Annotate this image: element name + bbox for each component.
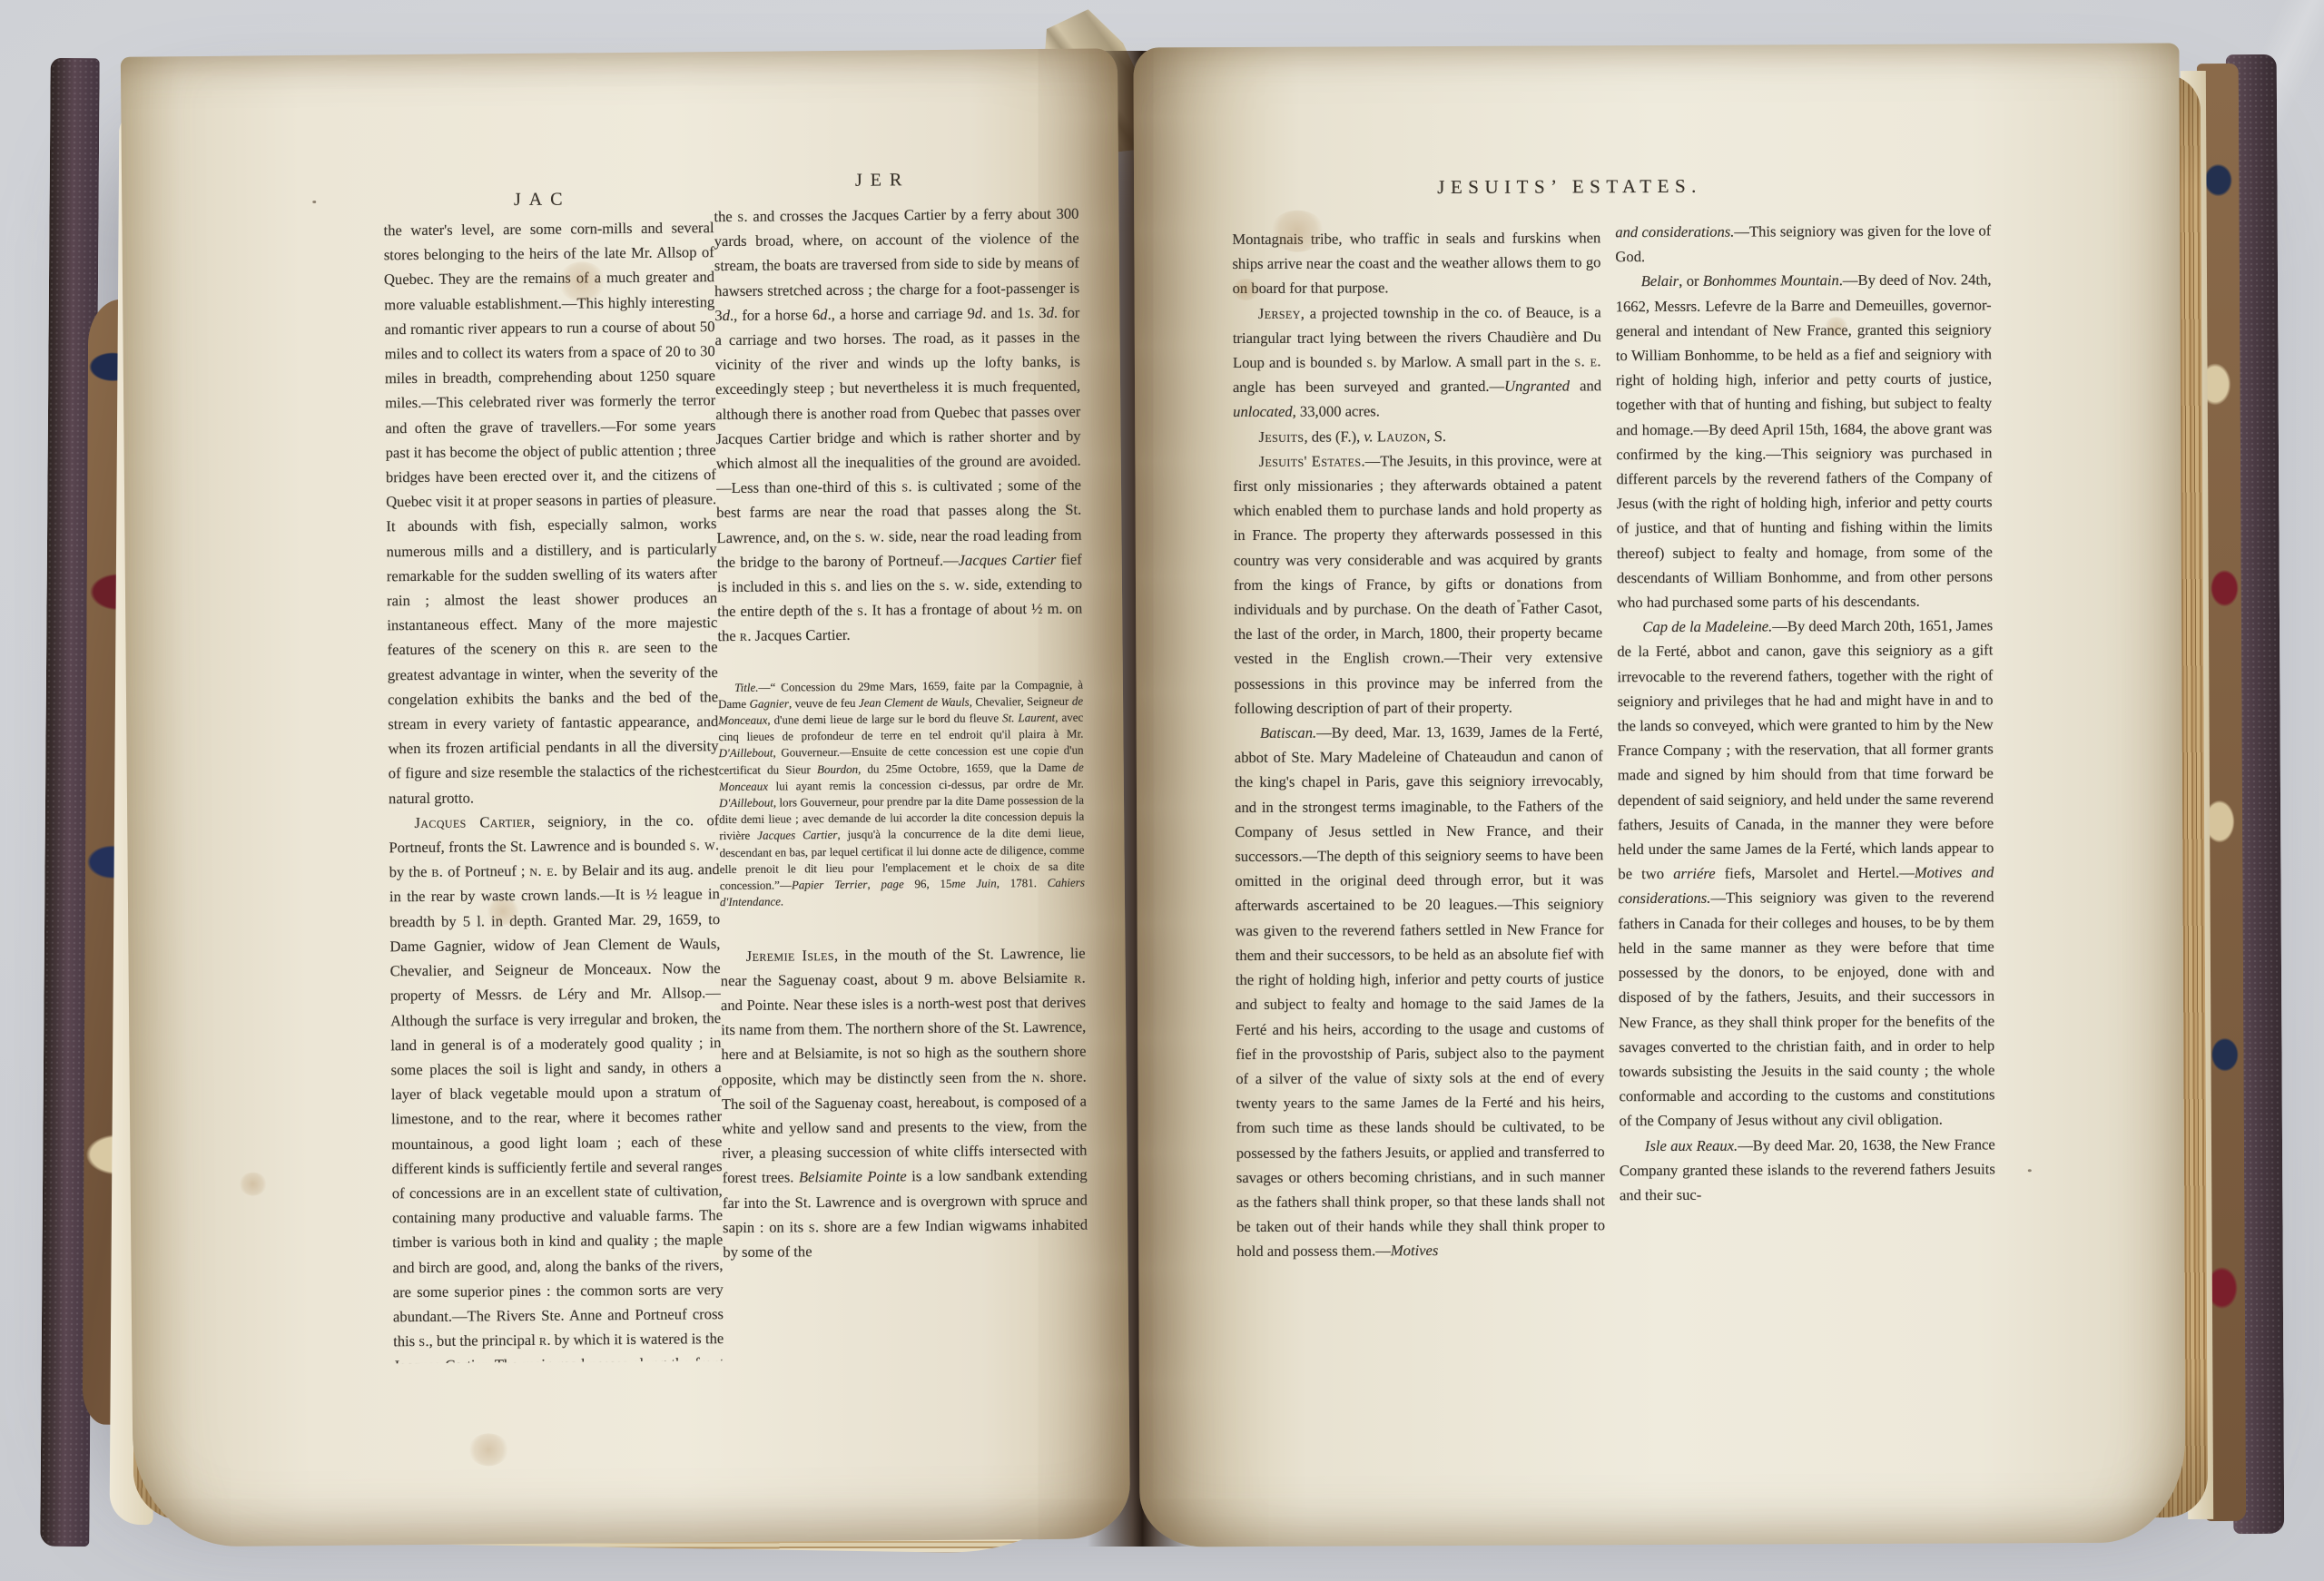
paragraph: the s. and crosses the Jacques Cartier b… [714, 201, 1082, 649]
left-page: JAC JER the water's level, are some corn… [121, 48, 1130, 1547]
paragraph: Jesuits, des (F.), v. Lauzon, S. [1233, 423, 1601, 449]
paragraph: Cap de la Madeleine.—By deed March 20th,… [1617, 614, 1994, 1134]
right-page: JESUITS’ ESTATES. Montagnais tribe, who … [1133, 43, 2185, 1547]
dust-speck [1517, 600, 1521, 603]
photo-background: JAC JER the water's level, are some corn… [0, 0, 2324, 1581]
foxing-spot [1233, 279, 1260, 300]
paragraph: Batiscan.—By deed, Mar. 13, 1639, James … [1235, 719, 1606, 1263]
paragraph: Jeremie Isles, in the mouth of the St. L… [720, 940, 1088, 1264]
left-page-column-2: the s. and crosses the Jacques Cartier b… [714, 201, 1089, 1411]
left-page-column-1: the water's level, are some corn-mills a… [383, 215, 724, 1363]
dust-speck [2028, 1169, 2032, 1172]
paragraph: Isle aux Reaux.—By deed Mar. 20, 1638, t… [1620, 1132, 1995, 1207]
paragraph: Title.—“ Concession du 29me Mars, 1659, … [718, 676, 1085, 910]
running-head-left-column: JAC [465, 189, 619, 211]
paragraph: Belair, or Bonhommes Mountain.—By deed o… [1615, 268, 1993, 615]
paragraph: Jersey, a projected township in the co. … [1233, 300, 1602, 425]
foxing-spot [1270, 211, 1324, 252]
paragraph: Jacques Cartier, seigniory, in the co. o… [389, 808, 724, 1363]
running-head-right-column: JER [805, 170, 960, 191]
foxing-spot [487, 898, 519, 925]
right-page-column-1: Montagnais tribe, who traffic in seals a… [1232, 225, 1605, 1363]
paragraph: and considerations.—This seigniory was g… [1615, 218, 1991, 269]
running-head-jesuits-estates: JESUITS’ ESTATES. [1188, 174, 1951, 201]
foxing-spot [240, 1172, 267, 1195]
foxing-spot [1825, 317, 1848, 337]
dust-speck [635, 1242, 638, 1244]
paragraph: the water's level, are some corn-mills a… [383, 215, 719, 810]
foxing-spot [558, 261, 606, 301]
dust-speck [312, 201, 316, 203]
foxing-spot [468, 1433, 508, 1466]
right-page-column-2: and considerations.—This seigniory was g… [1615, 218, 1996, 1370]
paragraph: Jesuits' Estates.—The Jesuits, in this p… [1233, 447, 1602, 721]
